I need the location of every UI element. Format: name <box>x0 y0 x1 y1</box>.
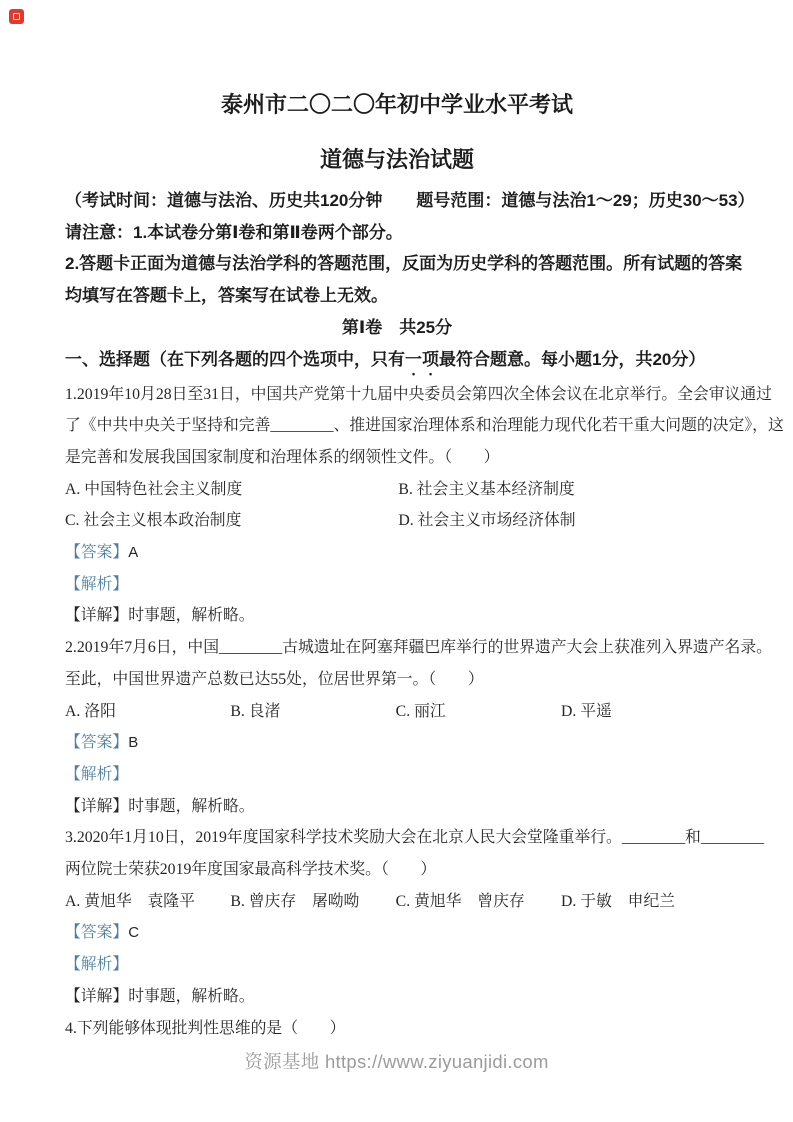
detail-label: 【详解】 <box>65 607 128 624</box>
site-logo-icon <box>9 9 24 24</box>
question-2-detail-text: 时事题，解析略。 <box>128 798 254 815</box>
question-1-option-d: D. 社会主义市场经济体制 <box>398 505 729 537</box>
question-3-text-line-2: 两位院士荣获2019年度国家最高科学技术奖。（ ） <box>65 854 729 886</box>
question-3-answer-line: 【答案】C <box>65 917 729 949</box>
document-content: 泰州市二〇二〇年初中学业水平考试 道德与法治试题 （考试时间：道德与法治、历史共… <box>65 88 729 1044</box>
question-1-answer-value: A <box>128 544 138 561</box>
question-1-text-line-1: 1.2019年10月28日至31日，中国共产党第十九届中央委员会第四次全体会议在… <box>65 379 729 411</box>
page-title: 泰州市二〇二〇年初中学业水平考试 <box>65 88 729 122</box>
exam-document-page: 泰州市二〇二〇年初中学业水平考试 道德与法治试题 （考试时间：道德与法治、历史共… <box>0 0 793 1122</box>
question-1-option-b: B. 社会主义基本经济制度 <box>398 474 729 506</box>
notice-line-2: 2.答题卡正面为道德与法治学科的答题范围，反面为历史学科的答题范围。所有试题的答… <box>65 248 729 280</box>
question-1-text-line-2: 了《中共中央关于坚持和完善________、推进国家治理体系和治理能力现代化若干… <box>65 410 729 442</box>
question-1-analysis-line: 【解析】 <box>65 569 729 601</box>
question-1-detail-line: 【详解】时事题，解析略。 <box>65 600 729 632</box>
question-2-answer-line: 【答案】B <box>65 727 729 759</box>
detail-label: 【详解】 <box>65 798 128 815</box>
question-3-options-row: A. 黄旭华 袁隆平 B. 曾庆存 屠呦呦 C. 黄旭华 曾庆存 D. 于敏 申… <box>65 886 729 918</box>
analysis-label: 【解析】 <box>65 956 128 973</box>
question-3-option-a: A. 黄旭华 袁隆平 <box>65 886 230 918</box>
question-2-text-line-2: 至此，中国世界遗产总数已达55处，位居世界第一。（ ） <box>65 664 729 696</box>
question-3-option-c: C. 黄旭华 曾庆存 <box>396 886 561 918</box>
document-body: （考试时间：道德与法治、历史共120分钟 题号范围：道德与法治1～29；历史30… <box>65 185 729 1044</box>
doc-subtitle: 道德与法治试题 <box>65 143 729 177</box>
notice-line-3: 均填写在答题卡上，答案写在试卷上无效。 <box>65 280 729 312</box>
question-1-option-c: C. 社会主义根本政治制度 <box>65 505 398 537</box>
answer-label: 【答案】 <box>65 734 128 751</box>
question-3-detail-line: 【详解】时事题，解析略。 <box>65 981 729 1013</box>
section-heading: 一、选择题（在下列各题的四个选项中，只有一项最符合题意。每小题1分，共20分） <box>65 344 729 379</box>
analysis-label: 【解析】 <box>65 766 128 783</box>
question-2-option-d: D. 平遥 <box>561 696 729 728</box>
section-heading-emphasis: 一项 <box>405 350 439 369</box>
question-2-analysis-line: 【解析】 <box>65 759 729 791</box>
footer-watermark: 资源基地 https://www.ziyuanjidi.com <box>0 1048 793 1076</box>
question-3-option-d: D. 于敏 申纪兰 <box>561 886 729 918</box>
notice-line-1: 请注意：1.本试卷分第Ⅰ卷和第Ⅱ卷两个部分。 <box>65 217 729 249</box>
question-2-option-b: B. 良渚 <box>230 696 395 728</box>
question-2-option-a: A. 洛阳 <box>65 696 230 728</box>
question-3-detail-text: 时事题，解析略。 <box>128 988 254 1005</box>
question-1-text-line-3: 是完善和发展我国国家制度和治理体系的纲领性文件。（ ） <box>65 442 729 474</box>
question-2-text-line-1: 2.2019年7月6日，中国________古城遗址在阿塞拜疆巴库举行的世界遗产… <box>65 632 729 664</box>
question-3-analysis-line: 【解析】 <box>65 949 729 981</box>
part-heading: 第Ⅰ卷 共25分 <box>65 312 729 344</box>
detail-label: 【详解】 <box>65 988 128 1005</box>
analysis-label: 【解析】 <box>65 576 128 593</box>
question-3-answer-value: C <box>128 924 139 941</box>
question-3-text-line-1: 3.2020年1月10日，2019年度国家科学技术奖励大会在北京人民大会堂隆重举… <box>65 822 729 854</box>
question-2-answer-value: B <box>128 734 138 751</box>
section-heading-pre: 一、选择题（在下列各题的四个选项中，只有 <box>65 350 405 369</box>
exam-info-line: （考试时间：道德与法治、历史共120分钟 题号范围：道德与法治1～29；历史30… <box>65 185 729 217</box>
question-2-detail-line: 【详解】时事题，解析略。 <box>65 791 729 823</box>
question-3-option-b: B. 曾庆存 屠呦呦 <box>230 886 395 918</box>
question-1-answer-line: 【答案】A <box>65 537 729 569</box>
section-heading-post: 最符合题意。每小题1分，共20分） <box>439 350 705 369</box>
question-1-options-row-2: C. 社会主义根本政治制度 D. 社会主义市场经济体制 <box>65 505 729 537</box>
question-1-options-row-1: A. 中国特色社会主义制度 B. 社会主义基本经济制度 <box>65 474 729 506</box>
question-1-detail-text: 时事题，解析略。 <box>128 607 254 624</box>
question-1-option-a: A. 中国特色社会主义制度 <box>65 474 398 506</box>
question-4-text-line-1: 4.下列能够体现批判性思维的是（ ） <box>65 1013 729 1045</box>
question-2-option-c: C. 丽江 <box>396 696 561 728</box>
answer-label: 【答案】 <box>65 544 128 561</box>
answer-label: 【答案】 <box>65 924 128 941</box>
question-2-options-row: A. 洛阳 B. 良渚 C. 丽江 D. 平遥 <box>65 696 729 728</box>
